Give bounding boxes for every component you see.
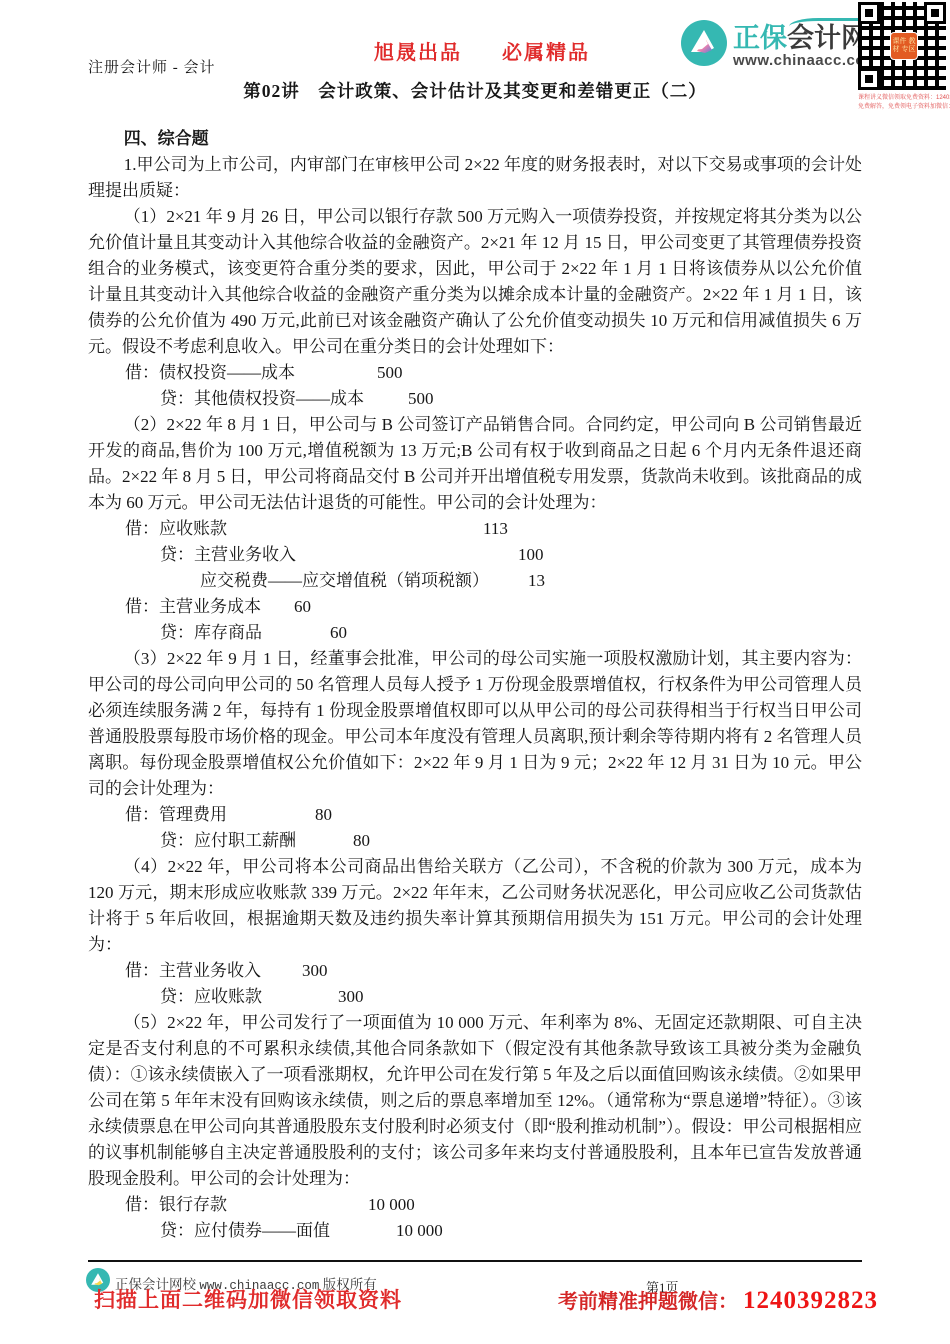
entry-amount: 60 <box>330 620 347 646</box>
footer-promo-left: 扫描上面二维码加微信领取资料 <box>94 1284 402 1314</box>
entry-amount: 100 <box>518 542 544 568</box>
journal-entry-debit: 借：主营业务成本 60 <box>88 594 862 620</box>
qr-code-icon: 课件 教材 专区 <box>858 2 946 90</box>
entry-account: 借：债权投资——成本 <box>125 363 295 382</box>
journal-entry-credit: 贷：其他债权投资——成本 500 <box>88 386 862 412</box>
journal-entry-debit: 借：应收账款 113 <box>88 516 862 542</box>
entry-amount: 300 <box>302 958 328 984</box>
course-label: 注册会计师 - 会计 <box>88 56 216 77</box>
entry-amount: 500 <box>408 386 434 412</box>
qr-caption-line2: 免费解答，免费领电子资料加微信：1240392823 <box>858 103 948 111</box>
journal-entry-credit: 贷：主营业务收入 100 <box>88 542 862 568</box>
qr-finder-icon <box>858 2 880 24</box>
entry-account: 贷：主营业务收入 <box>160 545 296 564</box>
entry-account: 借：管理费用 <box>125 805 227 824</box>
journal-entry-debit: 借：管理费用 80 <box>88 802 862 828</box>
entry-account: 贷：应收账款 <box>160 987 262 1006</box>
entry-amount: 300 <box>338 984 364 1010</box>
journal-entry-debit: 借：银行存款 10 000 <box>88 1192 862 1218</box>
entry-amount: 10 000 <box>396 1218 443 1244</box>
journal-entry-credit: 贷：应付债券——面值 10 000 <box>88 1218 862 1244</box>
item-3-paragraph: （3）2×22 年 9 月 1 日，经董事会批准，甲公司的母公司实施一项股权激励… <box>88 646 862 802</box>
entry-account: 贷：应付职工薪酬 <box>160 831 296 850</box>
journal-entry-credit: 贷：库存商品 60 <box>88 620 862 646</box>
entry-amount: 113 <box>483 516 508 542</box>
entry-account: 借：应收账款 <box>125 519 227 538</box>
item-1-paragraph: （1）2×21 年 9 月 26 日，甲公司以银行存款 500 万元购入一项债券… <box>88 204 862 360</box>
journal-entry-credit-sub: 应交税费——应交增值税（销项税额） 13 <box>88 568 862 594</box>
entry-account: 贷：其他债权投资——成本 <box>160 389 364 408</box>
item-5-paragraph: （5）2×22 年，甲公司发行了一项面值为 10 000 万元、年利率为 8%、… <box>88 1010 862 1192</box>
entry-account: 贷：应付债券——面值 <box>160 1221 330 1240</box>
document-body: 四、综合题 1.甲公司为上市公司，内审部门在审核甲公司 2×22 年度的财务报表… <box>88 126 862 1244</box>
intro-paragraph: 1.甲公司为上市公司，内审部门在审核甲公司 2×22 年度的财务报表时，对以下交… <box>88 152 862 204</box>
entry-amount: 80 <box>353 828 370 854</box>
entry-amount: 13 <box>528 568 545 594</box>
promo-right-label: 考前精准押题微信： <box>558 1291 738 1313</box>
entry-account: 借：主营业务成本 <box>125 597 261 616</box>
entry-account: 借：银行存款 <box>125 1195 227 1214</box>
journal-entry-debit: 借：债权投资——成本 500 <box>88 360 862 386</box>
entry-amount: 60 <box>294 594 311 620</box>
qr-center-badge: 课件 教材 专区 <box>890 32 918 60</box>
journal-entry-credit: 贷：应收账款 300 <box>88 984 862 1010</box>
brand-logo-icon <box>681 20 727 71</box>
section-heading: 四、综合题 <box>88 126 862 152</box>
entry-account: 贷：库存商品 <box>160 623 262 642</box>
promo-right-number: 1240392823 <box>743 1287 878 1314</box>
footer-promo-right: 考前精准押题微信： 1240392823 <box>558 1285 878 1315</box>
journal-entry-credit: 贷：应付职工薪酬 80 <box>88 828 862 854</box>
footer-divider <box>88 1260 862 1262</box>
item-4-paragraph: （4）2×22 年，甲公司将本公司商品出售给关联方（乙公司），不含税的价款为 3… <box>88 854 862 958</box>
slogan-right: 必属精品 <box>502 36 590 65</box>
slogan-left: 旭晟出品 <box>374 36 462 65</box>
entry-amount: 500 <box>377 360 403 386</box>
brand-website: www.chinaacc.com <box>733 52 879 69</box>
entry-account: 应交税费——应交增值税（销项税额） <box>200 571 489 590</box>
document-page: 注册会计师 - 会计 旭晟出品 必属精品 正保会计网校 www.chinaacc… <box>0 0 950 1344</box>
lecture-title: 第02讲 会计政策、会计估计及其变更和差错更正（二） <box>0 78 950 103</box>
entry-amount: 80 <box>315 802 332 828</box>
entry-amount: 10 000 <box>368 1192 415 1218</box>
item-2-paragraph: （2）2×22 年 8 月 1 日，甲公司与 B 公司签订产品销售合同。合同约定… <box>88 412 862 516</box>
journal-entry-debit: 借：主营业务收入 300 <box>88 958 862 984</box>
entry-account: 借：主营业务收入 <box>125 961 261 980</box>
qr-finder-icon <box>924 2 946 24</box>
